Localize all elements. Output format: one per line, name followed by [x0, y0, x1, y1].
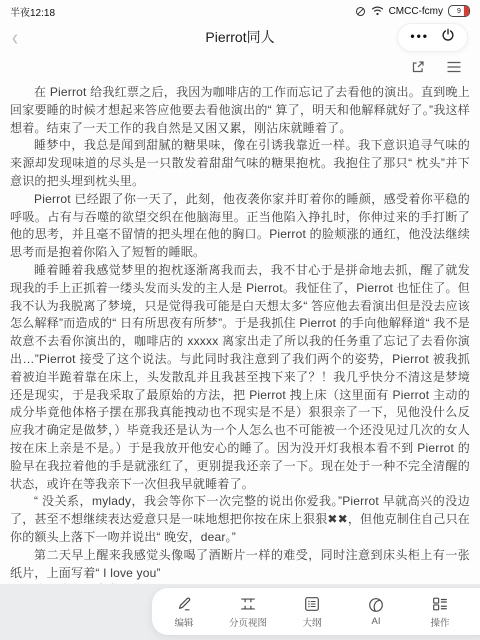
network-name: CMCC-fcmy	[389, 6, 443, 17]
more-menu-icon[interactable]: •••	[410, 33, 429, 40]
outline-icon	[303, 595, 321, 613]
contents-menu-icon[interactable]	[446, 60, 462, 74]
bottom-toolbar: 编辑 分页视图 大纲	[152, 588, 480, 635]
nav-capsule: •••	[397, 23, 468, 52]
status-time: 半夜12:18	[10, 4, 55, 19]
battery-level: 9	[457, 8, 461, 15]
paragraph: 睡着睡着我感觉梦里的抱枕逐渐离我而去，我不甘心于是拼命地去抓，醒了就发现我的手上…	[10, 262, 470, 493]
toolbar-operations-button[interactable]: 操作	[408, 595, 472, 629]
battery-icon: 9	[448, 5, 470, 17]
toolbar-outline-button[interactable]: 大纲	[280, 595, 344, 629]
toolbar-edit-button[interactable]: 编辑	[152, 595, 216, 629]
toolbar-label: 编辑	[174, 615, 193, 629]
share-export-icon[interactable]	[410, 59, 426, 75]
paragraph: 第二天早上醒来我感觉头像喝了酒断片一样的难受，同时注意到床头柜上有一张纸片，上面…	[10, 547, 470, 583]
mute-icon	[355, 6, 366, 17]
nav-bar: ‹ Pierrot同人 •••	[0, 20, 480, 54]
toolbar-page-view-button[interactable]: 分页视图	[216, 595, 280, 629]
paragraph: “ 没关系，mylady，我会等你下一次完整的说出你爱我。”Pierrot 早就…	[10, 493, 470, 546]
operations-grid-icon	[431, 595, 449, 613]
page-view-icon	[239, 595, 257, 613]
power-icon[interactable]	[441, 28, 455, 47]
battery-low-tip	[464, 6, 469, 16]
pencil-icon	[175, 595, 193, 613]
paragraph: 在 Pierrot 给我红票之后，我因为咖啡店的工作而忘记了去看他的演出。直到晚…	[10, 84, 470, 137]
toolbar-label: 大纲	[302, 615, 321, 629]
app-screen: 半夜12:18 CMCC-fcmy 9 ‹ Pierrot同人 •••	[0, 0, 480, 640]
toolbar-label: AI	[372, 616, 381, 627]
bottom-bar-background: 编辑 分页视图 大纲	[0, 584, 480, 640]
back-chevron-icon[interactable]: ‹	[12, 25, 18, 48]
status-right-cluster: CMCC-fcmy 9	[355, 5, 470, 17]
paragraph: 睡梦中，我总是闻到甜腻的糖果味，像在引诱我靠近一样。我下意识追寻气味的来源却发现…	[10, 137, 470, 190]
paragraph: Pierrot 已经跟了你一天了，此刻，他夜袭你家并盯着你的睡颜，感受着你平稳的…	[10, 191, 470, 262]
ai-icon	[367, 596, 385, 614]
document-body[interactable]: 在 Pierrot 给我红票之后，我因为咖啡店的工作而忘记了去看他的演出。直到晚…	[0, 80, 480, 600]
toolbar-label: 分页视图	[229, 615, 267, 629]
doc-actions-row	[0, 54, 480, 80]
wifi-icon	[371, 6, 384, 16]
status-bar: 半夜12:18 CMCC-fcmy 9	[0, 0, 480, 20]
toolbar-label: 操作	[430, 615, 449, 629]
toolbar-ai-button[interactable]: AI	[344, 596, 408, 627]
